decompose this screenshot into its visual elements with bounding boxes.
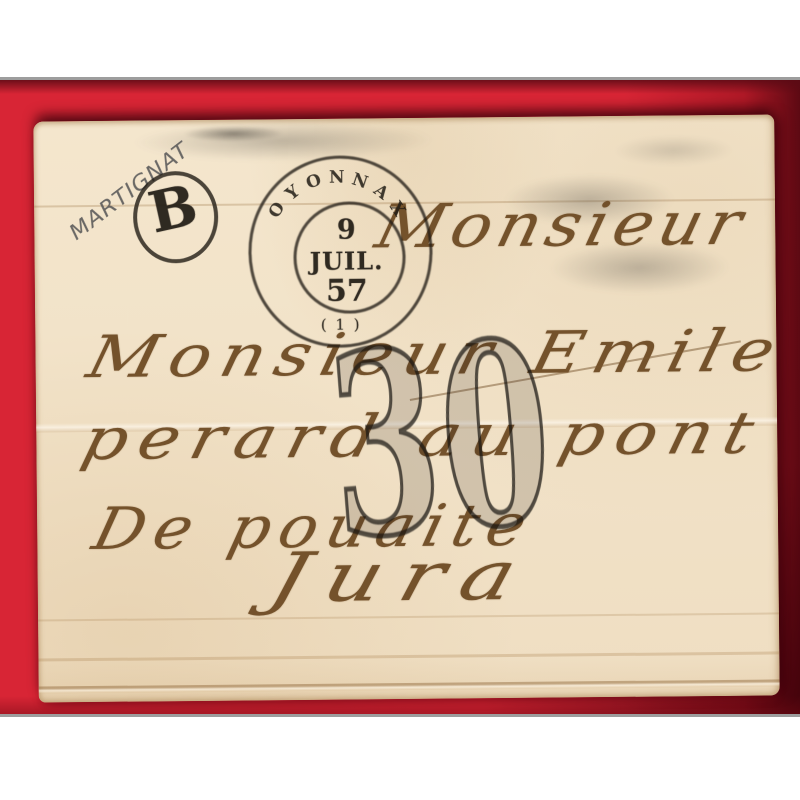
paper-shading: [38, 654, 779, 702]
datestamp-day: 9: [293, 214, 399, 246]
photo-top-edge: [0, 77, 800, 80]
datestamp-month: JUIL.: [293, 246, 399, 276]
ink-smudge: [613, 135, 733, 166]
red-album-background: MARTIGNAT B OYONNAX 9 JUIL. 57 ( 1 ) 30 …: [0, 80, 800, 714]
tax-30-mark: 30: [323, 329, 559, 551]
photo-of-postal-cover: MARTIGNAT B OYONNAX 9 JUIL. 57 ( 1 ) 30 …: [0, 0, 800, 800]
folded-letter-cover: MARTIGNAT B OYONNAX 9 JUIL. 57 ( 1 ) 30 …: [33, 114, 780, 702]
photo-bottom-edge: [0, 714, 800, 717]
